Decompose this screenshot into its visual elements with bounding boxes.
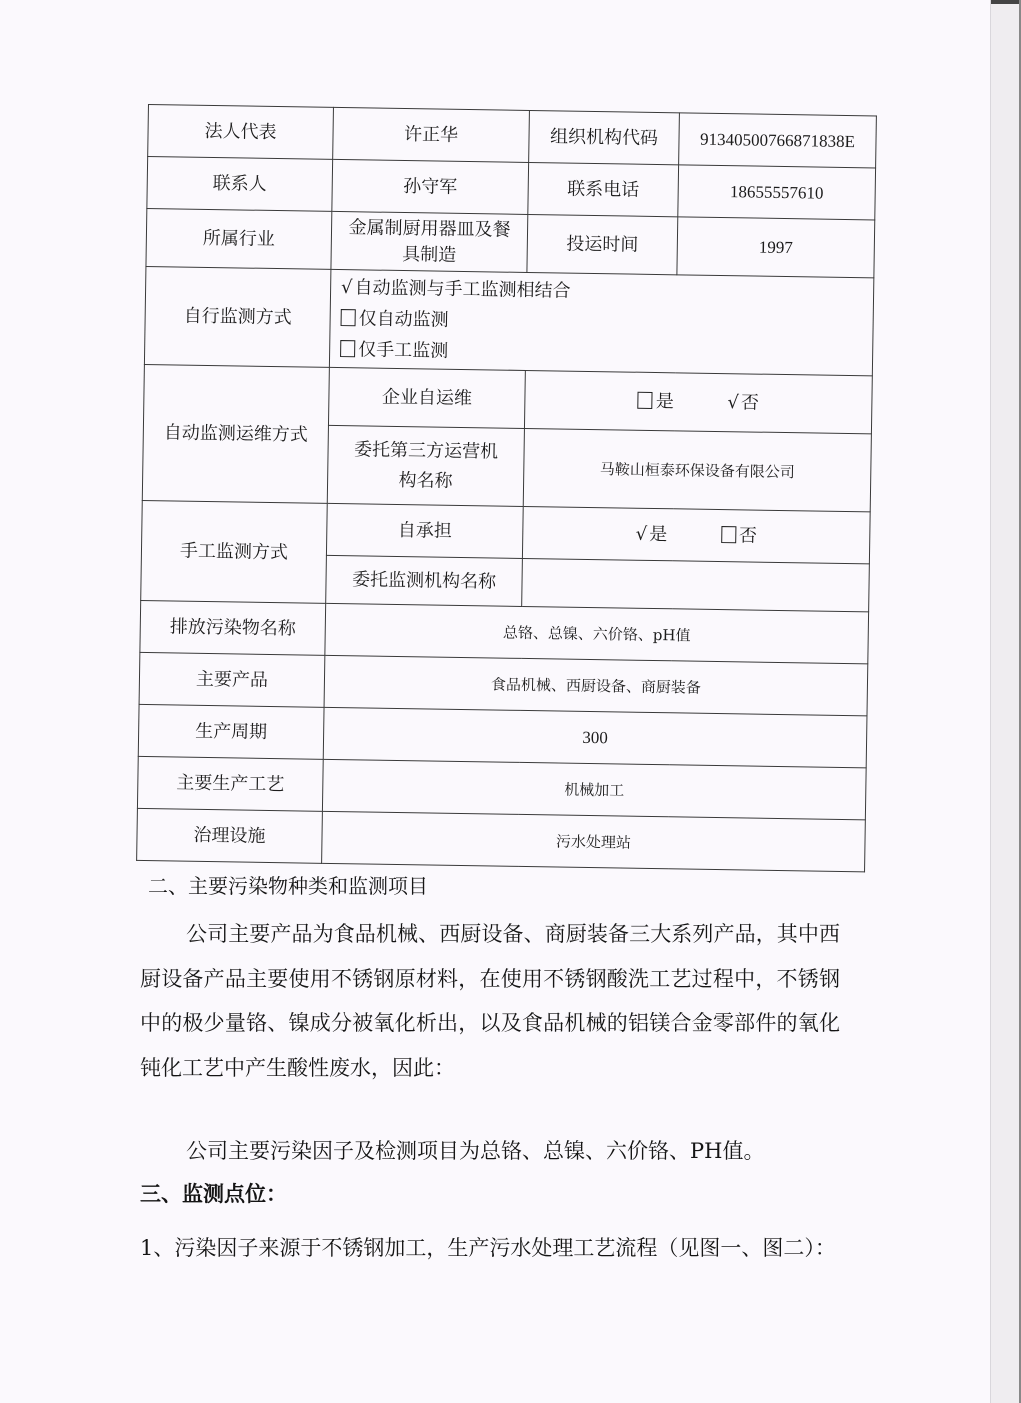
phone-value: 18655557610 [678, 165, 876, 220]
checkmark-icon: √ [727, 388, 739, 418]
legal-rep-value: 许正华 [333, 107, 530, 162]
cycle-label: 生产周期 [138, 704, 324, 759]
contact-label: 联系人 [147, 157, 333, 212]
checkmark-icon: √ [341, 272, 353, 303]
industry-value-line1: 金属制厨用器皿及餐 [338, 215, 521, 244]
auto-self-no: √否 [727, 388, 759, 418]
section-2-heading: 二、主要污染物种类和监测项目 [148, 870, 428, 899]
industry-label: 所属行业 [146, 208, 332, 269]
pollutants-value: 总铬、总镍、六价铬、pH值 [325, 603, 869, 664]
pollutants-label: 排放污染物名称 [140, 600, 326, 655]
scan-edge-top [991, 0, 1021, 4]
checkmark-icon: √ [635, 519, 647, 549]
facility-value: 污水处理站 [322, 811, 866, 872]
self-monitor-label: 自行监测方式 [144, 266, 331, 367]
org-code-label: 组织机构代码 [529, 110, 680, 164]
industry-value: 金属制厨用器皿及餐 具制造 [331, 211, 528, 272]
checkbox-empty-icon [638, 391, 653, 408]
section-3-heading: 三、监测点位： [140, 1178, 287, 1208]
table-row: 自动监测运维方式 企业自运维 是 √否 [143, 364, 872, 433]
auto-third-value: 马鞍山桓泰环保设备有限公司 [523, 428, 871, 511]
checkbox-empty-icon [721, 526, 736, 543]
manual-self-label: 自承担 [326, 503, 523, 558]
start-label: 投运时间 [527, 214, 678, 274]
section-2-paragraph-2: 公司主要污染因子及检测项目为总铬、总镍、六价铬、PH值。 [140, 1129, 840, 1174]
table-row: 手工监测方式 自承担 √是 否 [141, 500, 870, 563]
checkbox-empty-icon [341, 309, 356, 326]
scan-edge [991, 0, 1021, 1403]
section-2-paragraph-1: 公司主要产品为食品机械、西厨设备、商厨装备三大系列产品，其中西厨设备产品主要使用… [140, 912, 840, 1090]
industry-value-line2: 具制造 [337, 240, 520, 269]
manual-self-no: 否 [721, 521, 757, 552]
section-3-paragraph-1: 1、污染因子来源于不锈钢加工，生产污水处理工艺流程（见图一、图二）： [140, 1226, 840, 1271]
self-monitor-options: √自动监测与手工监测相结合 仅自动监测 仅手工监测 [329, 269, 873, 376]
phone-label: 联系电话 [528, 162, 679, 216]
products-label: 主要产品 [139, 652, 325, 707]
auto-third-label: 委托第三方运营机 构名称 [327, 425, 524, 506]
manual-self-yes: √是 [635, 519, 667, 549]
auto-ops-label: 自动监测运维方式 [142, 364, 329, 503]
enterprise-info-table: 法人代表 许正华 组织机构代码 91340500766871838E 联系人 孙… [136, 104, 877, 872]
cycle-value: 300 [323, 707, 867, 768]
org-code-value: 91340500766871838E [679, 113, 877, 168]
manual-label: 手工监测方式 [141, 500, 328, 603]
process-label: 主要生产工艺 [137, 756, 323, 811]
checkbox-empty-icon [340, 340, 355, 357]
process-value: 机械加工 [322, 759, 866, 820]
manual-agency-label: 委托监测机构名称 [326, 555, 523, 606]
manual-agency-value [522, 558, 870, 611]
document-page: 法人代表 许正华 组织机构代码 91340500766871838E 联系人 孙… [0, 0, 991, 1403]
legal-rep-label: 法人代表 [148, 105, 334, 160]
auto-self-yes: 是 [638, 386, 674, 417]
table-row: 治理设施 污水处理站 [137, 808, 866, 871]
contact-value: 孙守军 [332, 159, 529, 214]
option-label: 仅手工监测 [358, 339, 448, 361]
table-row: 自行监测方式 √自动监测与手工监测相结合 仅自动监测 仅手工监测 [144, 266, 873, 375]
option-label: 自动监测与手工监测相结合 [354, 277, 570, 301]
products-value: 食品机械、西厨设备、商厨装备 [324, 655, 868, 716]
auto-self-label: 企业自运维 [328, 367, 525, 428]
facility-label: 治理设施 [137, 808, 323, 863]
auto-self-choice: 是 √否 [524, 370, 872, 433]
option-label: 仅自动监测 [358, 308, 448, 330]
start-value: 1997 [677, 217, 875, 278]
manual-self-choice: √是 否 [522, 506, 870, 563]
